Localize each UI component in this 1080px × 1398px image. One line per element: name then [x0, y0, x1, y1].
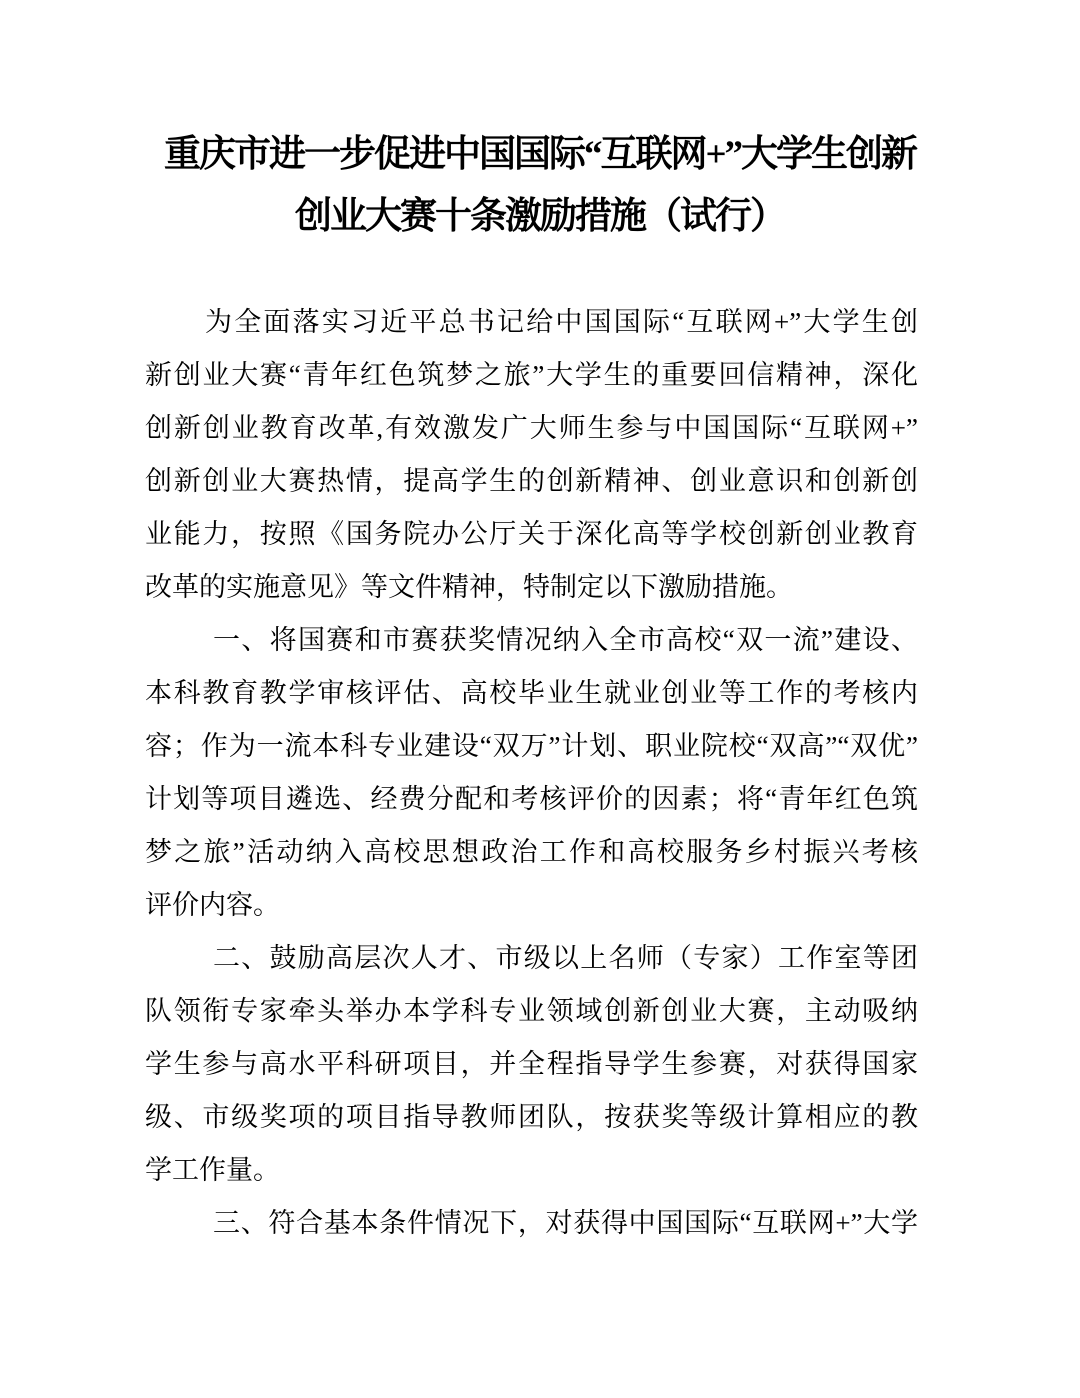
document-title: 重庆市进一步促进中国国际“互联网+”大学生创新 创业大赛十条激励措施（试行） — [0, 124, 1080, 248]
title-line-2: 创业大赛十条激励措施（试行） — [0, 186, 1080, 248]
text-line-13: 二、鼓励高层次人才、市级以上名师（专家）工作室等团 — [145, 932, 918, 985]
text-line-15: 学生参与高水平科研项目，并全程指导学生参赛，对获得国家 — [145, 1038, 918, 1091]
text-line-10: 计划等项目遴选、经费分配和考核评价的因素；将“青年红色筑 — [145, 773, 918, 826]
text-line-16: 级、市级奖项的项目指导教师团队，按获奖等级计算相应的教 — [145, 1091, 918, 1144]
text-line-5: 业能力，按照《国务院办公厅关于深化高等学校创新创业教育 — [145, 508, 918, 561]
text-line-9: 容；作为一流本科专业建设“双万”计划、职业院校“双高”“双优” — [145, 720, 918, 773]
text-line-8: 本科教育教学审核评估、高校毕业生就业创业等工作的考核内 — [145, 667, 918, 720]
text-line-2: 新创业大赛“青年红色筑梦之旅”大学生的重要回信精神，深化 — [145, 349, 918, 402]
text-line-18: 三、符合基本条件情况下，对获得中国国际“互联网+”大学 — [145, 1197, 918, 1250]
document-body: 为全面落实习近平总书记给中国国际“互联网+”大学生创 新创业大赛“青年红色筑梦之… — [145, 296, 918, 1250]
text-line-11: 梦之旅”活动纳入高校思想政治工作和高校服务乡村振兴考核 — [145, 826, 918, 879]
text-line-6: 改革的实施意见》等文件精神，特制定以下激励措施。 — [145, 561, 918, 614]
text-line-4: 创新创业大赛热情，提高学生的创新精神、创业意识和创新创 — [145, 455, 918, 508]
document-page: 重庆市进一步促进中国国际“互联网+”大学生创新 创业大赛十条激励措施（试行） 为… — [0, 0, 1080, 1398]
text-line-3: 创新创业教育改革,有效激发广大师生参与中国国际“互联网+” — [145, 402, 918, 455]
title-line-1: 重庆市进一步促进中国国际“互联网+”大学生创新 — [0, 124, 1080, 186]
text-line-1: 为全面落实习近平总书记给中国国际“互联网+”大学生创 — [145, 296, 918, 349]
text-line-12: 评价内容。 — [145, 879, 918, 932]
text-line-14: 队领衔专家牵头举办本学科专业领域创新创业大赛，主动吸纳 — [145, 985, 918, 1038]
text-line-17: 学工作量。 — [145, 1144, 918, 1197]
text-line-7: 一、将国赛和市赛获奖情况纳入全市高校“双一流”建设、 — [145, 614, 918, 667]
